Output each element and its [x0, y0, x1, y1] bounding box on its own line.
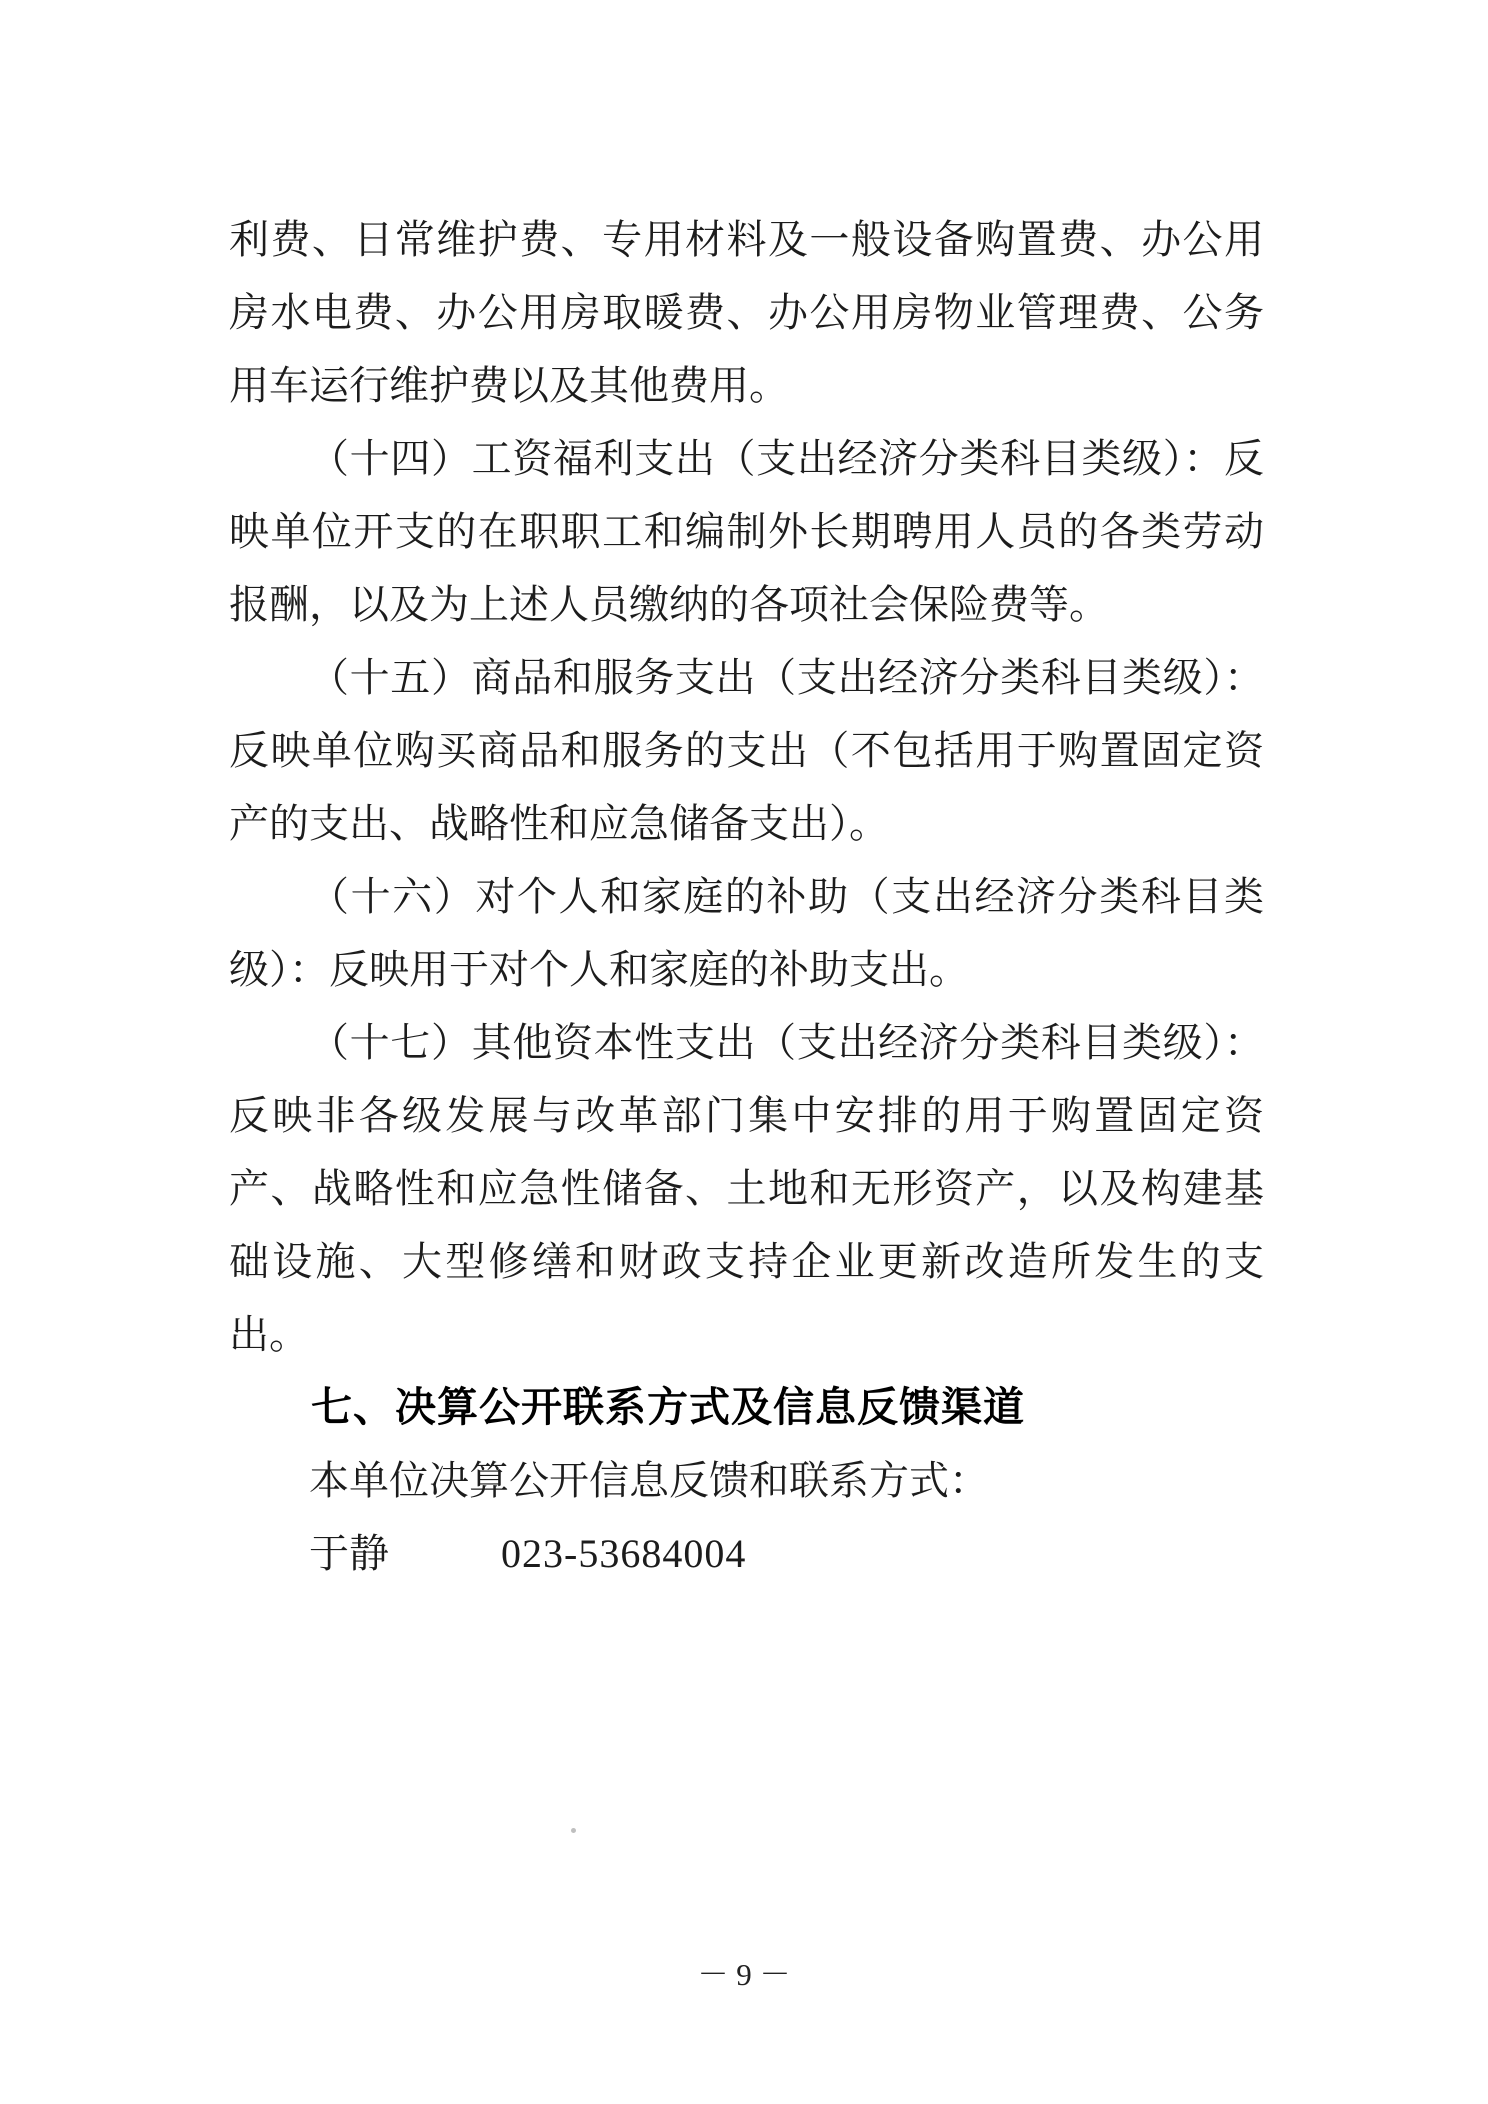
- scan-artifact-dot: [571, 1828, 576, 1833]
- document-body: 利费、日常维护费、专用材料及一般设备购置费、办公用房水电费、办公用房取暖费、办公…: [229, 203, 1264, 1590]
- body-paragraph: 利费、日常维护费、专用材料及一般设备购置费、办公用房水电费、办公用房取暖费、办公…: [229, 203, 1264, 422]
- page-number: － 9 －: [0, 1955, 1488, 1995]
- contact-line: 于静023-53684004: [229, 1517, 1264, 1590]
- body-paragraph: （十七）其他资本性支出（支出经济分类科目类级）：反映非各级发展与改革部门集中安排…: [229, 1006, 1264, 1371]
- contact-intro-line: 本单位决算公开信息反馈和联系方式：: [229, 1444, 1264, 1517]
- contact-name: 于静: [309, 1531, 389, 1576]
- body-paragraph: （十四）工资福利支出（支出经济分类科目类级）：反映单位开支的在职职工和编制外长期…: [229, 422, 1264, 641]
- contact-phone: 023-53684004: [501, 1531, 746, 1576]
- body-paragraphs: 利费、日常维护费、专用材料及一般设备购置费、办公用房水电费、办公用房取暖费、办公…: [229, 203, 1264, 1371]
- body-paragraph: （十六）对个人和家庭的补助（支出经济分类科目类级）：反映用于对个人和家庭的补助支…: [229, 860, 1264, 1006]
- document-page: 利费、日常维护费、专用材料及一般设备购置费、办公用房水电费、办公用房取暖费、办公…: [0, 0, 1488, 2104]
- section-heading: 七、决算公开联系方式及信息反馈渠道: [229, 1371, 1264, 1444]
- body-paragraph: （十五）商品和服务支出（支出经济分类科目类级）：反映单位购买商品和服务的支出（不…: [229, 641, 1264, 860]
